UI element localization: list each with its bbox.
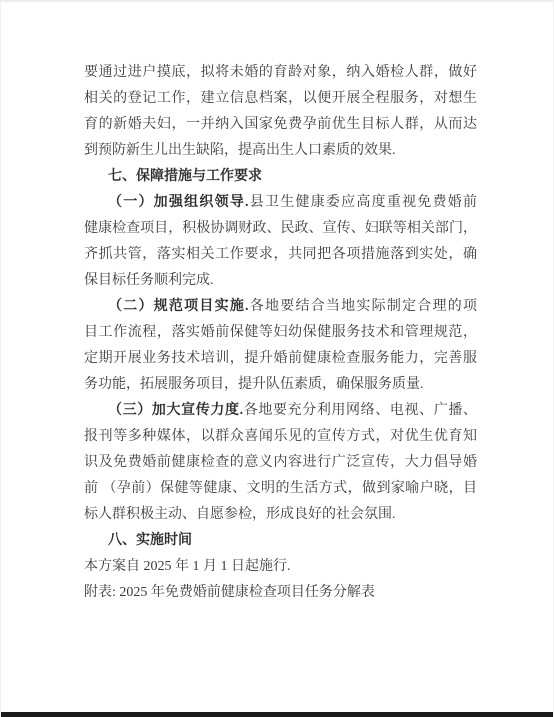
body-line: 前 （孕前）保健等健康、文明的生活方式，做到家喻户晓，目 <box>84 476 477 502</box>
paragraph-opener-line: （一）加强组织领导.县卫生健康委应高度重视免费婚前 <box>84 190 477 216</box>
page-bottom-edge <box>1 712 553 717</box>
body-line: 相关的登记工作，建立信息档案，以便开展全程服务，对想生 <box>84 86 477 112</box>
body-line: 育的新婚夫妇，一并纳入国家免费孕前优生目标人群，从而达 <box>84 112 477 138</box>
body-line: 定期开展业务技术培训，提升婚前健康检查服务能力，完善服 <box>84 346 477 372</box>
body-line: 务功能，拓展服务项目，提升队伍素质，确保服务质量. <box>84 372 477 398</box>
body-line: 齐抓共管，落实相关工作要求，共同把各项措施落到实处，确 <box>84 242 477 268</box>
body-line: 要通过进户摸底，拟将未婚的育龄对象，纳入婚检人群，做好 <box>84 60 477 86</box>
document-body: 要通过进户摸底，拟将未婚的育龄对象，纳入婚检人群，做好 相关的登记工作，建立信息… <box>84 60 477 606</box>
body-line: 保目标任务顺利完成. <box>84 268 477 294</box>
paragraph-opener-line: （三）加大宣传力度.各地要充分利用网络、电视、广播、 <box>84 398 477 424</box>
document-page: 要通过进户摸底，拟将未婚的育龄对象，纳入婚检人群，做好 相关的登记工作，建立信息… <box>0 0 554 717</box>
attachment-note-line: 附表: 2025 年免费婚前健康检查项目任务分解表 <box>84 580 477 606</box>
paragraph-opener-line: （二）规范项目实施.各地要结合当地实际制定合理的项 <box>84 294 477 320</box>
paragraph-opener-bold: （二）规范项目实施. <box>108 299 249 314</box>
body-line: 到预防新生儿出生缺陷，提高出生人口素质的效果. <box>84 138 477 164</box>
body-line: 报刊等多种媒体，以群众喜闻乐见的宣传方式，对优生优育知 <box>84 424 477 450</box>
section-heading-8: 八、实施时间 <box>84 528 477 554</box>
body-line: 目工作流程，落实婚前保健等妇幼保健服务技术和管理规范， <box>84 320 477 346</box>
paragraph-opener-bold: （三）加大宣传力度. <box>108 403 243 418</box>
effective-date-line: 本方案自 2025 年 1 月 1 日起施行. <box>84 554 477 580</box>
body-line: 识及免费婚前健康检查的意义内容进行广泛宣传，大力倡导婚 <box>84 450 477 476</box>
paragraph-opener-bold: （一）加强组织领导. <box>108 195 249 210</box>
body-line: 标人群积极主动、自愿参检，形成良好的社会氛围. <box>84 502 477 528</box>
section-heading-7: 七、保障措施与工作要求 <box>84 164 477 190</box>
body-line: 健康检查项目，积极协调财政、民政、宣传、妇联等相关部门， <box>84 216 477 242</box>
